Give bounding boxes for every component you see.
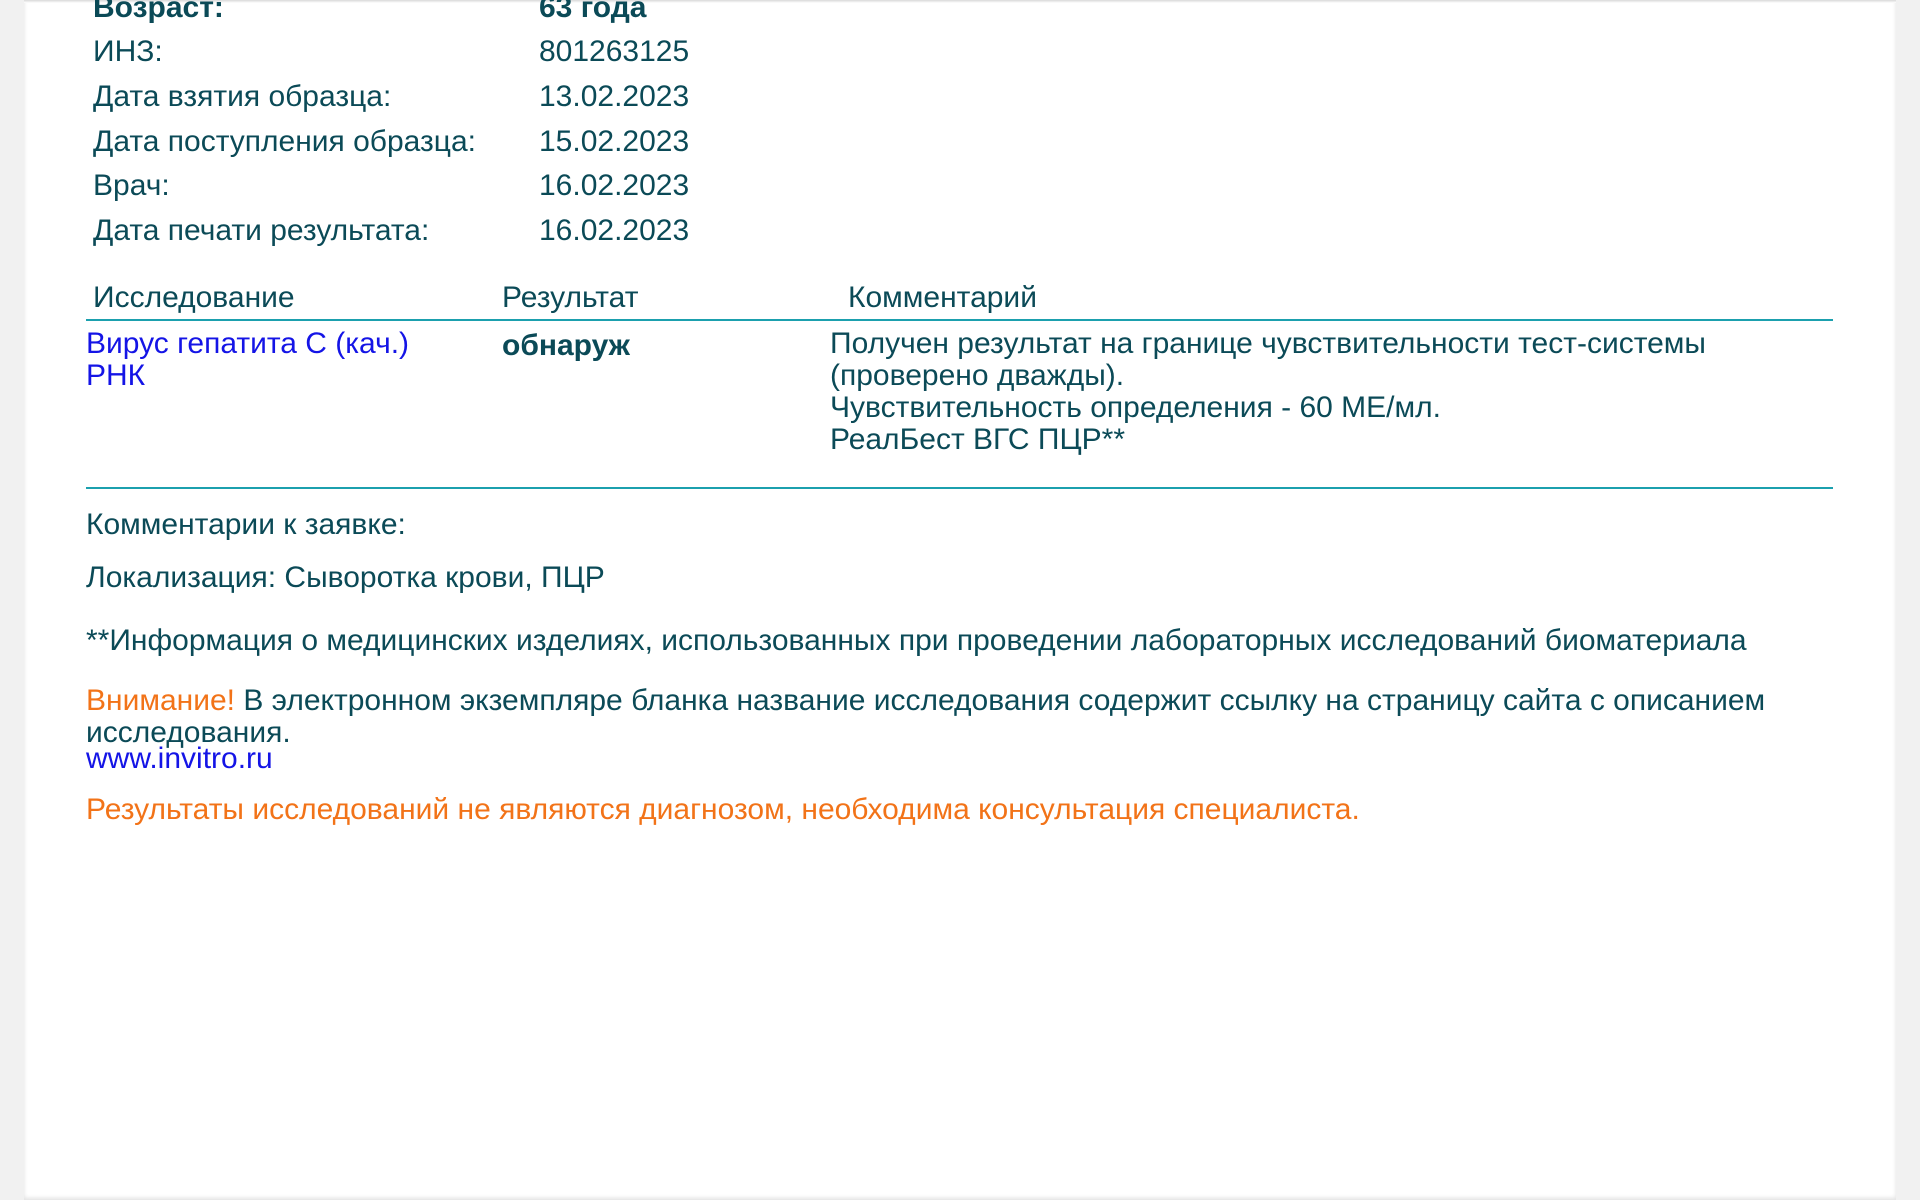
- age-value: 63 года: [539, 0, 646, 24]
- comment-line-1: Получен результат на границе чувствитель…: [830, 328, 1706, 360]
- comment-line-4: РеалБест ВГС ПЦР**: [830, 424, 1125, 456]
- test-name-link[interactable]: Вирус гепатита С (кач.): [86, 328, 409, 360]
- devices-info-text: **Информация о медицинских изделиях, исп…: [86, 625, 1747, 657]
- result-value: обнаруж: [502, 330, 630, 362]
- localization-text: Локализация: Сыворотка крови, ПЦР: [86, 562, 605, 594]
- sample-date-value: 13.02.2023: [539, 81, 689, 113]
- header-comment: Комментарий: [848, 282, 1037, 314]
- print-date-label: Дата печати результата:: [93, 215, 429, 247]
- attention-label: Внимание!: [86, 684, 235, 717]
- doctor-value: 16.02.2023: [539, 170, 689, 202]
- report-page: [24, 0, 1896, 1200]
- comment-line-3: Чувствительность определения - 60 МЕ/мл.: [830, 392, 1441, 424]
- disclaimer-text: Результаты исследований не являются диаг…: [86, 794, 1360, 826]
- comment-line-2: (проверено дважды).: [830, 360, 1124, 392]
- header-test: Исследование: [93, 282, 295, 314]
- website-link[interactable]: www.invitro.ru: [86, 743, 273, 775]
- header-result: Результат: [502, 282, 638, 314]
- doctor-label: Врач:: [93, 170, 170, 202]
- top-shadow: [24, 0, 1896, 3]
- test-name-link-line2[interactable]: РНК: [86, 360, 145, 392]
- order-comments-label: Комментарии к заявке:: [86, 509, 406, 541]
- header-divider: [86, 319, 1833, 321]
- attention-text: В электронном экземпляре бланка название…: [235, 684, 1765, 717]
- attention-line: Внимание! В электронном экземпляре бланк…: [86, 685, 1765, 717]
- sample-date-label: Дата взятия образца:: [93, 81, 391, 113]
- age-label: Возраст:: [93, 0, 224, 24]
- inz-value: 801263125: [539, 36, 689, 68]
- receipt-date-label: Дата поступления образца:: [93, 126, 476, 158]
- inz-label: ИНЗ:: [93, 36, 163, 68]
- table-bottom-divider: [86, 487, 1833, 489]
- receipt-date-value: 15.02.2023: [539, 126, 689, 158]
- print-date-value: 16.02.2023: [539, 215, 689, 247]
